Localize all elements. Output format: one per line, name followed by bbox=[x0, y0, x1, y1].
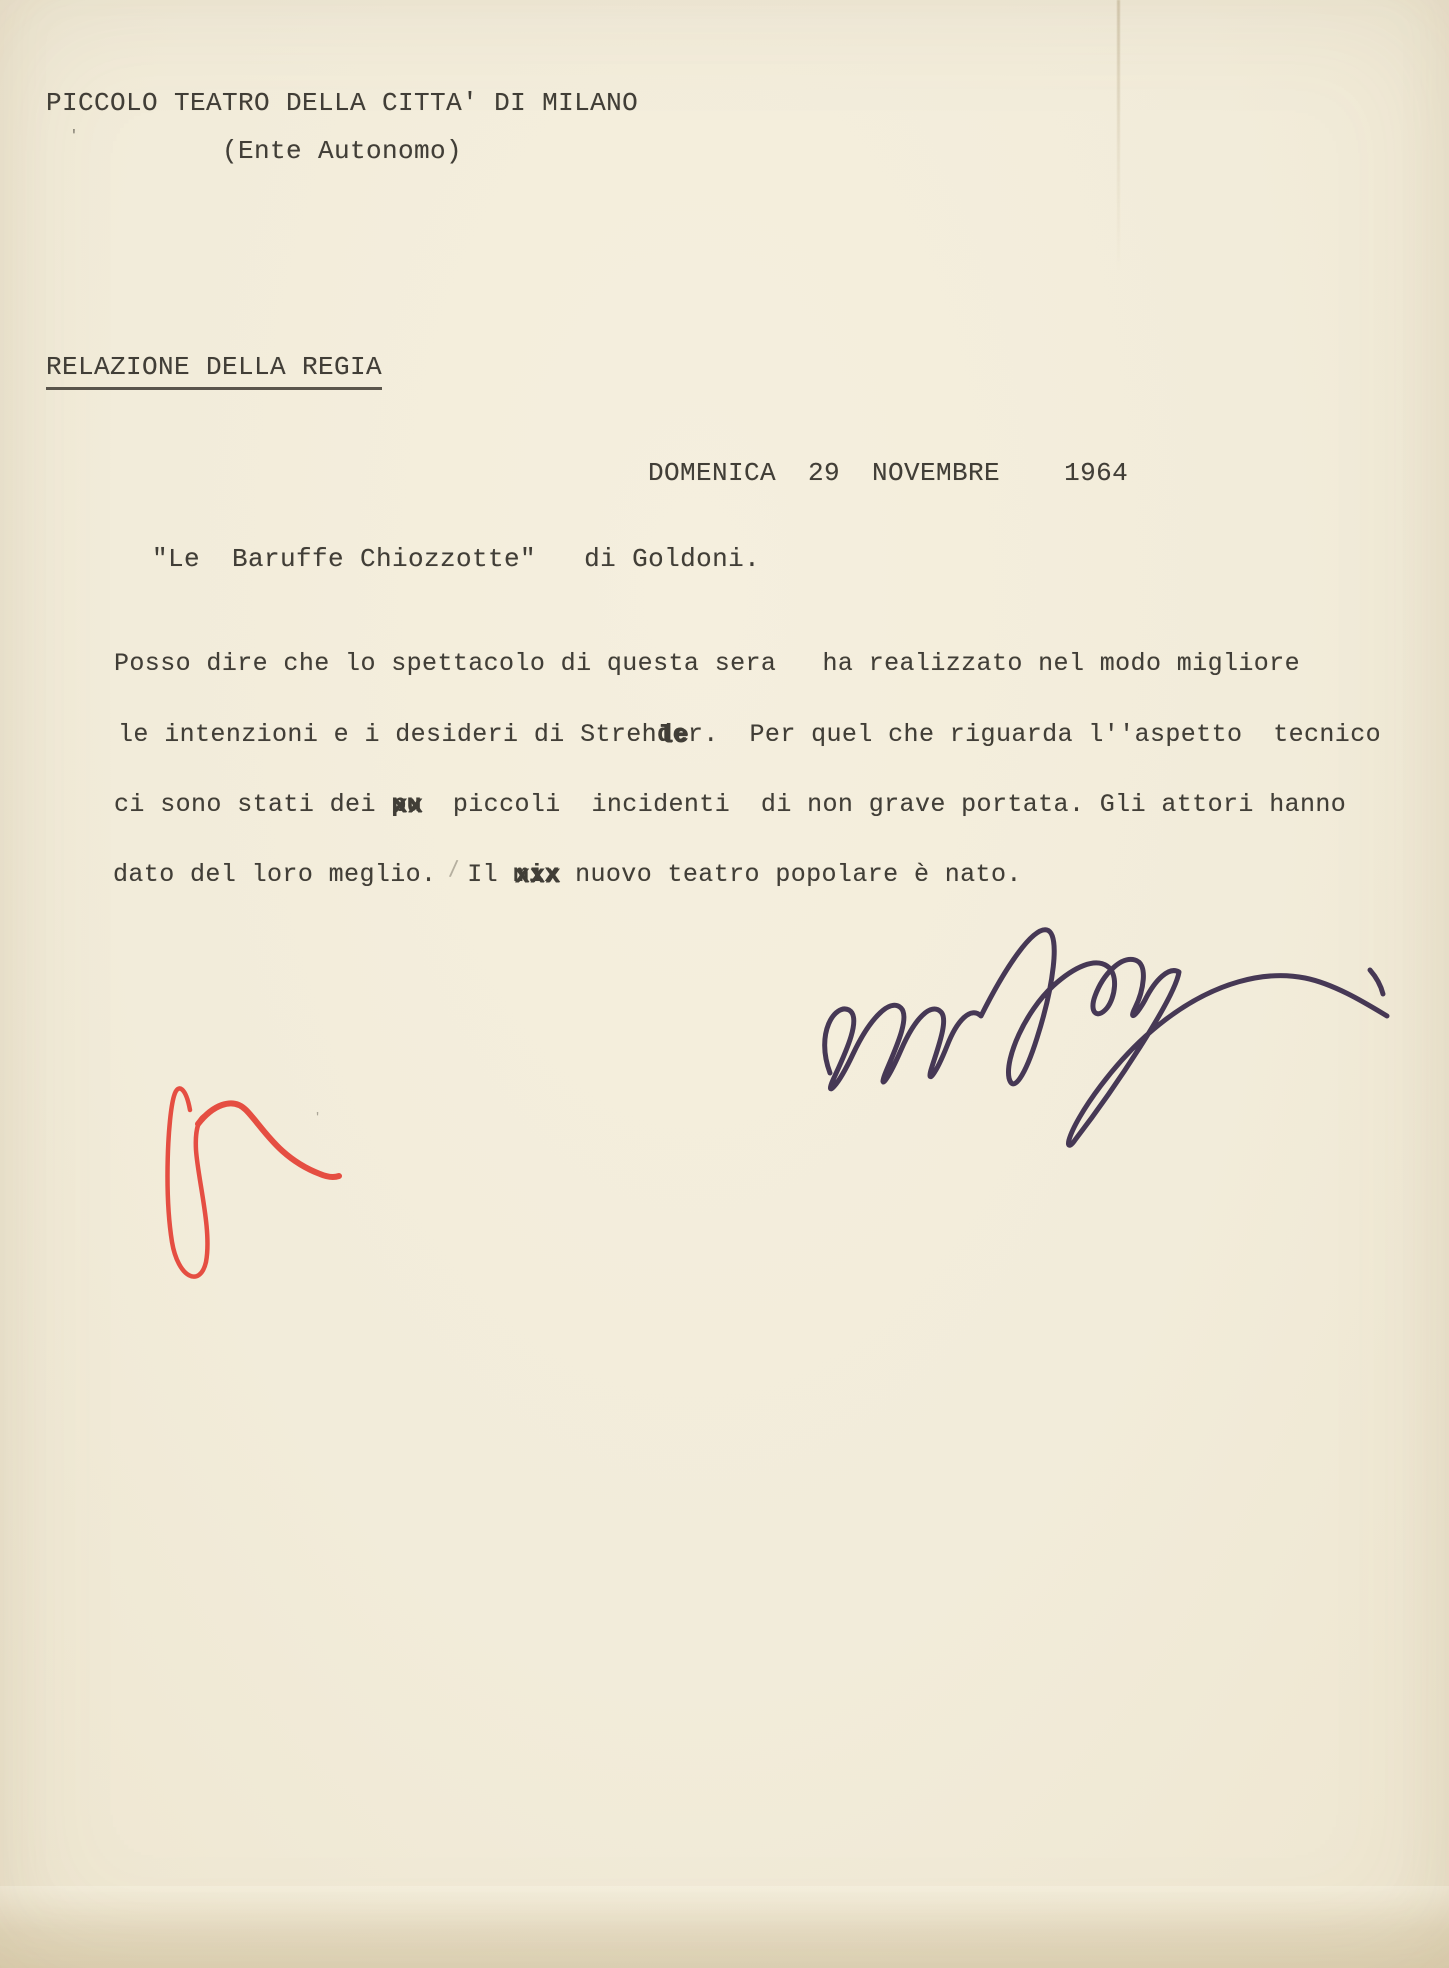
red-mark-tail-stroke bbox=[198, 1103, 339, 1177]
correction-overtype-text: le bbox=[658, 721, 689, 750]
red-mark-loop-stroke bbox=[168, 1088, 208, 1276]
letterhead-subtitle: (Ente Autonomo) bbox=[222, 136, 462, 166]
body-line-2: le intenzioni e i desideri di Strehdeler… bbox=[118, 720, 1381, 749]
body-line-2-text-pre: le intenzioni e i desideri di Streh bbox=[118, 720, 657, 749]
signature-stroke-main bbox=[825, 930, 1387, 1146]
typewriter-correction-struck-word: mixxxx bbox=[513, 860, 559, 889]
paper-bottom-shade bbox=[0, 1886, 1449, 1968]
paper-speck: ' bbox=[316, 1110, 319, 1128]
body-line-2-text-post: r. Per quel che riguarda l''aspetto tecn… bbox=[688, 720, 1381, 749]
letterhead-title: PICCOLO TEATRO DELLA CITTA' DI MILANO bbox=[46, 88, 638, 118]
paper-fold-line bbox=[1117, 0, 1120, 272]
correction-overtype-text: xx bbox=[392, 791, 423, 820]
red-pencil-mark bbox=[148, 1070, 388, 1305]
body-line-4-text-post: nuovo teatro popolare è nato. bbox=[560, 860, 1022, 889]
play-title-line: "Le Baruffe Chiozzotte" di Goldoni. bbox=[152, 544, 760, 574]
typewriter-correction-struck-word: puxx bbox=[391, 790, 422, 819]
date-line: DOMENICA 29 NOVEMBRE 1964 bbox=[648, 458, 1128, 488]
scanned-letter-page: PICCOLO TEATRO DELLA CITTA' DI MILANO (E… bbox=[0, 0, 1449, 1968]
body-line-4-text-pre: dato del loro meglio. Il bbox=[113, 860, 513, 889]
paper-vignette bbox=[0, 0, 1449, 1968]
body-line-3-text-post: piccoli incidenti di non grave portata. … bbox=[422, 790, 1346, 819]
body-line-1: Posso dire che lo spettacolo di questa s… bbox=[114, 649, 1300, 678]
body-line-3-text-pre: ci sono stati dei bbox=[114, 790, 391, 819]
typewriter-correction-strehler: dele bbox=[657, 720, 688, 749]
correction-overtype-text: xxx bbox=[514, 861, 560, 890]
body-line-3: ci sono stati dei puxx piccoli incidenti… bbox=[114, 790, 1346, 819]
handwritten-signature bbox=[785, 908, 1415, 1173]
section-title: RELAZIONE DELLA REGIA bbox=[46, 352, 382, 390]
signature-stroke-tick bbox=[1370, 970, 1383, 994]
body-line-4: dato del loro meglio. Il mixxxx nuovo te… bbox=[113, 860, 1022, 889]
paper-speck: ' bbox=[72, 126, 76, 149]
